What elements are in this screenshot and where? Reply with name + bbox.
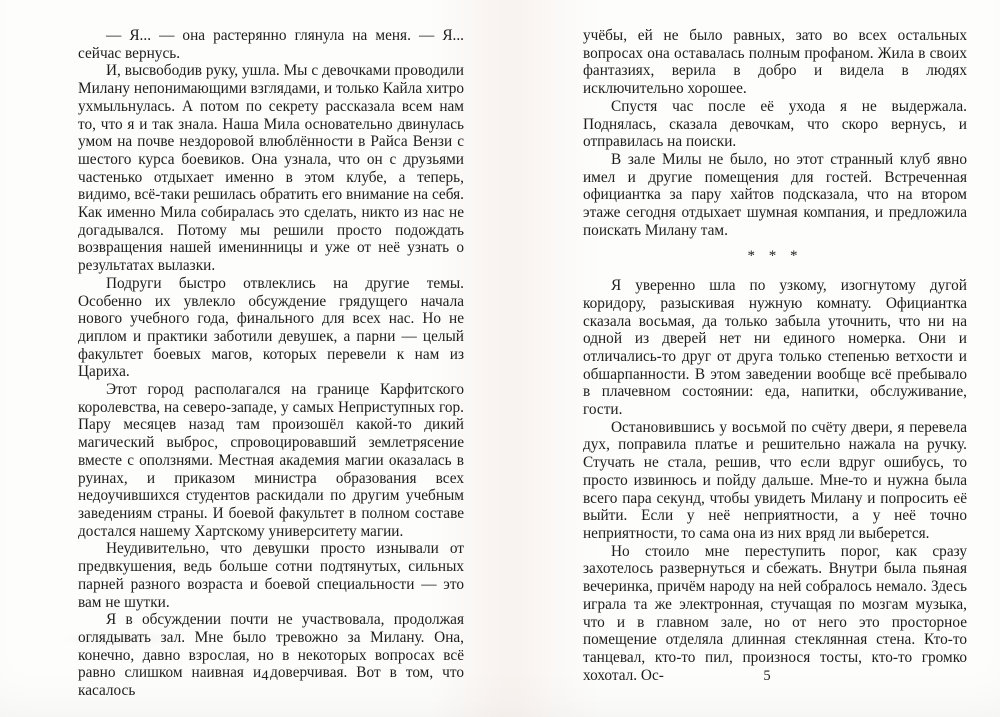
paragraph: Подруги быстро отвлеклись на другие темы… (78, 275, 464, 381)
book-spread: — Я... — она растерянно глянула на меня.… (0, 0, 1000, 717)
paragraph: И, высвободив руку, ушла. Мы с девочками… (78, 62, 464, 274)
paragraph: В зале Милы не было, но этот странный кл… (583, 151, 967, 240)
paragraph: Остановившись у восьмой по счёту двери, … (583, 419, 967, 543)
page-right-number: 5 (575, 668, 959, 685)
page-right-text: учёбы, ей не было равных, зато во всех о… (583, 27, 967, 684)
paragraph: Этот город располагался на границе Карфи… (78, 381, 464, 540)
section-separator: * * * (583, 248, 967, 266)
page-left-text: — Я... — она растерянно глянула на меня.… (78, 27, 464, 700)
paragraph: Неудивительно, что девушки просто изныва… (78, 540, 464, 611)
page-right: учёбы, ей не было равных, зато во всех о… (583, 27, 967, 684)
paragraph: Но стоило мне переступить порог, как сра… (583, 543, 967, 685)
paragraph: учёбы, ей не было равных, зато во всех о… (583, 27, 967, 98)
page-left-number: 4 (72, 668, 458, 685)
page-left: — Я... — она растерянно глянула на меня.… (78, 27, 464, 700)
paragraph: Я в обсуждении почти не участвовала, про… (78, 611, 464, 700)
paragraph: Я уверенно шла по узкому, изогнутому дуг… (583, 277, 967, 419)
paragraph: — Я... — она растерянно глянула на меня.… (78, 27, 464, 62)
paragraph: Спустя час после её ухода я не выдержала… (583, 98, 967, 151)
